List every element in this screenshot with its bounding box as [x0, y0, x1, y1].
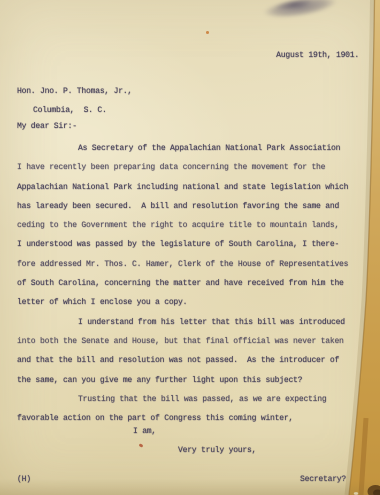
body-line: favorable action on the part of Congress… [17, 409, 360, 428]
closing: Very truly yours, [178, 446, 256, 456]
salutation: My dear Sir:- [17, 122, 77, 132]
pre-closing: I am, [133, 427, 156, 437]
date-line: August 19th, 1901. [276, 51, 359, 61]
body-line: fore addressed Mr. Thos. C. Hamer, Clerk… [17, 255, 360, 274]
body-line: Appalachian National Park including nati… [17, 178, 360, 197]
recipient-city: Columbia, S. C. [33, 106, 107, 116]
letter-page: August 19th, 1901. Hon. Jno. P. Thomas, … [0, 0, 380, 495]
body-line: into both the Senate and House, but that… [17, 332, 360, 351]
body-line: As Secretary of the Appalachian National… [17, 139, 360, 158]
body-line: and that the bill and resolution was not… [17, 351, 360, 370]
body-line: Trusting that the bill was passed, as we… [17, 390, 360, 409]
ink-speck-red [139, 443, 144, 447]
body-line: ceding to the Government the right to ac… [17, 216, 360, 235]
body-line: I understand from his letter that this b… [17, 313, 360, 332]
body-line: I have recently been preparing data conc… [17, 158, 360, 177]
bottom-edge-shadow [0, 479, 380, 495]
ink-speck-orange [206, 31, 209, 34]
body-line: I understood was passed by the legislatu… [17, 235, 360, 254]
body-line: the same, can you give me any further li… [17, 371, 360, 390]
letter-body: As Secretary of the Appalachian National… [17, 139, 360, 428]
body-line: of South Carolina, concerning the matter… [17, 274, 360, 293]
body-line: has laready been secured. A bill and res… [17, 197, 360, 216]
recipient-name: Hon. Jno. P. Thomas, Jr., [17, 87, 132, 97]
body-line: letter of which I enclose you a copy. [17, 293, 360, 312]
